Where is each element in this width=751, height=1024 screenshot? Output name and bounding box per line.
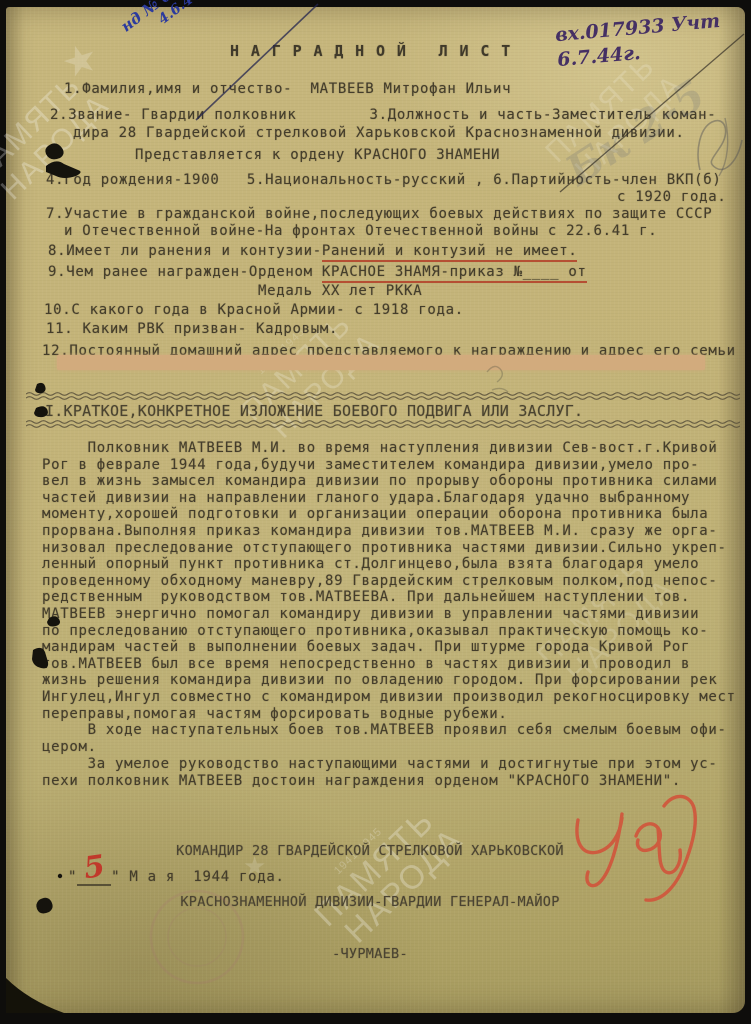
- conclusion-line: За умелое руководство наступающими частя…: [42, 756, 718, 773]
- address-redaction-bar: [57, 355, 705, 370]
- body-line: проведенному обходному маневру,89 Гварде…: [42, 573, 736, 590]
- body-line: переправы,помогая частям форсировать вод…: [42, 706, 736, 723]
- citation-conclusion: За умелое руководство наступающими частя…: [42, 756, 718, 789]
- body-line: низовал преследование отступающего проти…: [42, 540, 736, 557]
- section-heading: I.КРАТКОЕ,КОНКРЕТНОЕ ИЗЛОЖЕНИЕ БОЕВОГО П…: [45, 403, 583, 420]
- field-prior-awards: 9.Чем ранее награжден-Орденом КРАСНОЕ ЗН…: [48, 264, 587, 281]
- red-underlined-text: КРАСНОЕ ЗНАМЯ-приказ №____ от: [322, 264, 587, 283]
- field-wounds: 8.Имеет ли ранения и контузии-Ранений и …: [48, 243, 577, 260]
- field-presented-order: Представляется к ордену КРАСНОГО ЗНАМЕНИ: [135, 147, 500, 164]
- body-line: моменту,хорошей подготовки и организации…: [42, 506, 736, 523]
- body-line: жизнь решения командира дивизии по овлад…: [42, 672, 736, 689]
- field-medal: Медаль XX лет РККА: [258, 283, 422, 300]
- field-war-participation-cont: и Отечественной войне-На фронтах Отечест…: [64, 223, 657, 240]
- body-line: мандирам частей в выполнении боевых зада…: [42, 639, 736, 656]
- body-line: Рог в феврале 1944 года,будучи заместите…: [42, 457, 736, 474]
- body-line: вел в жизнь замысел командира дивизии по…: [42, 473, 736, 490]
- body-line: частей дивизии на направлении гланого уд…: [42, 490, 736, 507]
- signature-line-surname: -ЧУРМАЕВ-: [170, 946, 570, 963]
- field-war-participation: 7.Участие в гражданской войне,последующи…: [46, 206, 712, 223]
- body-line: Полковник МАТВЕЕВ М.И. во время наступле…: [42, 440, 736, 457]
- field-birth-nationality-party: 4.Год рождения-1900 5.Национальность-рус…: [46, 172, 722, 189]
- field-name: 1.Фамилия,имя и отчество- МАТВЕЕВ Митроф…: [64, 81, 511, 98]
- wavy-divider-line: [26, 425, 740, 428]
- signature-line-commander: КОМАНДИР 28 ГВАРДЕЙСКОЙ СТРЕЛКОВОЙ ХАРЬК…: [170, 843, 570, 860]
- body-line: цером.: [42, 739, 736, 756]
- body-line: В ходе наступательных боев тов.МАТВЕЕВ п…: [42, 722, 736, 739]
- field-recruited-by: 11. Каким РВК призван- Кадровым.: [46, 321, 338, 338]
- signature-line-division: КРАСНОЗНАМЕННОЙ ДИВИЗИИ-ГВАРДИИ ГЕНЕРАЛ-…: [170, 894, 570, 911]
- wavy-divider: [26, 391, 740, 401]
- wavy-divider-line: [26, 393, 740, 396]
- conclusion-line: пехи полковник МАТВЕЕВ достоин награжден…: [42, 773, 718, 790]
- citation-body: Полковник МАТВЕЕВ М.И. во время наступле…: [42, 440, 736, 755]
- scanned-award-document-page: { "colors": { "paper": "#c3b378", "typew…: [0, 0, 751, 1024]
- field-army-since: 10.С какого года в Красной Армии- с 1918…: [44, 302, 464, 319]
- wavy-divider-line: [26, 421, 740, 424]
- body-line: прорвана.Выполняя приказ командира дивиз…: [42, 523, 736, 540]
- body-line: тов.МАТВЕЕВ был все время непосредственн…: [42, 656, 736, 673]
- body-line: ленный опорный пункт противника ст.Долги…: [42, 556, 736, 573]
- field-party-since: с 1920 года.: [617, 189, 727, 206]
- body-line: редственным руководством тов.МАТВЕЕВА. П…: [42, 589, 736, 606]
- red-underlined-text: Ранений и контузий не имеет.: [322, 243, 578, 262]
- wavy-divider-line: [26, 397, 740, 400]
- body-line: Ингулец,Ингул совместно с командиром див…: [42, 689, 736, 706]
- body-line: МАТВЕЕВ энергично помогал командиру диви…: [42, 606, 736, 623]
- document-title: Н А Г Р А Д Н О Й Л И С Т: [230, 43, 512, 60]
- wavy-divider: [26, 419, 740, 429]
- signature-block: КОМАНДИР 28 ГВАРДЕЙСКОЙ СТРЕЛКОВОЙ ХАРЬК…: [170, 808, 570, 981]
- body-line: по преследованию отступающего противника…: [42, 623, 736, 640]
